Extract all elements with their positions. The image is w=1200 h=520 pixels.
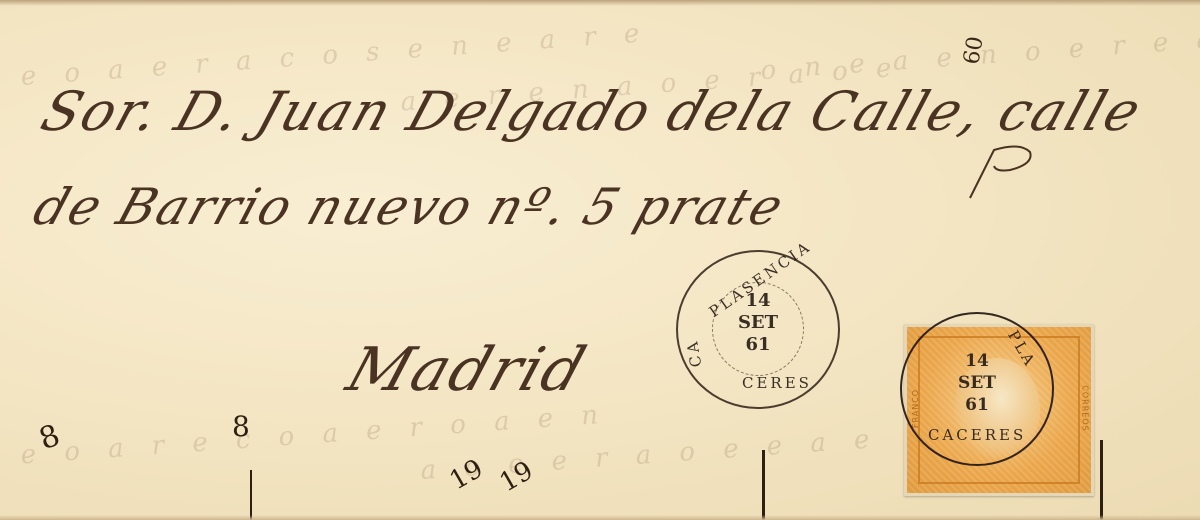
envelope-bottom-edge bbox=[0, 515, 1200, 520]
flourish-icon bbox=[960, 140, 1040, 200]
pencil-mark: 8 bbox=[232, 410, 250, 443]
postmark-date: 14 SET 61 bbox=[678, 290, 838, 356]
postmark-cancel-on-stamp: PLA CACERES 14 SET 61 bbox=[900, 312, 1054, 466]
postmark-day: 14 bbox=[678, 290, 838, 312]
postmark-year: 61 bbox=[678, 334, 838, 356]
postmark-year: 61 bbox=[902, 394, 1052, 416]
postmark-day: 14 bbox=[902, 350, 1052, 372]
postmark-province: CACERES bbox=[928, 426, 1026, 444]
address-city: Madrid bbox=[339, 335, 596, 405]
ink-stroke bbox=[762, 450, 765, 520]
stamp-label-right: CORREOS bbox=[1080, 385, 1089, 431]
envelope-top-edge bbox=[0, 0, 1200, 6]
top-right-annotation: 60 bbox=[959, 35, 988, 67]
postmark-date: 14 SET 61 bbox=[902, 350, 1052, 416]
postmark-plasencia: PLASENCIA CA CERES 14 SET 61 bbox=[676, 250, 840, 409]
postal-cover: e o a e r a c o s e n e a r e a e r e n … bbox=[0, 0, 1200, 520]
address-line-1: Sor. D. Juan Delgado dela Calle, calle bbox=[34, 80, 1150, 143]
postmark-month: SET bbox=[678, 312, 838, 334]
postmark-month: SET bbox=[902, 372, 1052, 394]
postmark-province: CERES bbox=[742, 374, 812, 392]
ink-stroke bbox=[1100, 440, 1103, 520]
ink-stroke bbox=[250, 470, 252, 520]
address-line-2: de Barrio nuevo nº. 5 prate bbox=[27, 178, 793, 236]
